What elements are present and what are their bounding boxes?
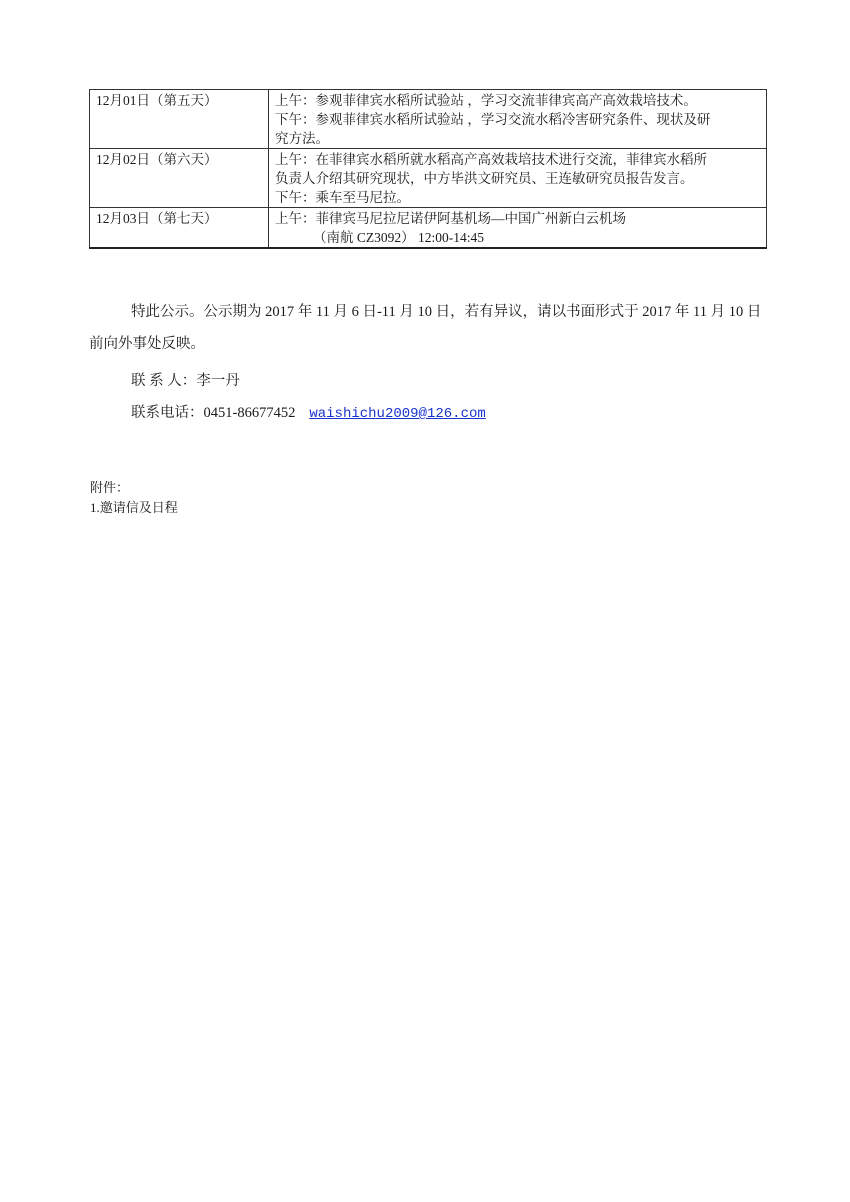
date-cell: 12月02日（第六天） (90, 149, 269, 208)
contact-phone: 0451-86677452 (204, 405, 296, 421)
schedule-table: 12月01日（第五天） 上午：参观菲律宾水稻所试验站 ，学习交流菲律宾高产高效栽… (89, 89, 767, 249)
attachment-item: 1.邀请信及日程 (90, 497, 178, 516)
table-row: 12月01日（第五天） 上午：参观菲律宾水稻所试验站 ，学习交流菲律宾高产高效栽… (90, 90, 767, 149)
activity-cell: 上午：菲律宾马尼拉尼诺伊阿基机场—中国广州新白云机场 （南航 CZ3092） 1… (269, 208, 767, 249)
date-cell: 12月03日（第七天） (90, 208, 269, 249)
activity-cell: 上午：参观菲律宾水稻所试验站 ，学习交流菲律宾高产高效栽培技术。 下午：参观菲律… (269, 90, 767, 149)
date-cell: 12月01日（第五天） (90, 90, 269, 149)
activity-line: 上午：在菲律宾水稻所就水稻高产高效栽培技术进行交流，菲律宾水稻所 (275, 150, 760, 169)
table-row: 12月02日（第六天） 上午：在菲律宾水稻所就水稻高产高效栽培技术进行交流，菲律… (90, 149, 767, 208)
notice-paragraph: 特此公示。公示期为 2017 年 11 月 6 日-11 月 10 日，若有异议… (89, 296, 769, 360)
contact-email-link[interactable]: waishichu2009@126.com (309, 406, 485, 422)
contact-phone-label: 联系电话： (131, 405, 204, 421)
contact-person-label: 联 系 人： (131, 373, 196, 389)
activity-cell: 上午：在菲律宾水稻所就水稻高产高效栽培技术进行交流，菲律宾水稻所 负责人介绍其研… (269, 149, 767, 208)
activity-line: 上午：菲律宾马尼拉尼诺伊阿基机场—中国广州新白云机场 (275, 209, 760, 228)
contact-person-name: 李一丹 (196, 373, 240, 389)
activity-line: 下午：乘车至马尼拉。 (275, 188, 760, 207)
activity-line: 上午：参观菲律宾水稻所试验站 ，学习交流菲律宾高产高效栽培技术。 (275, 91, 760, 110)
attachments-label: 附件： (90, 477, 129, 496)
activity-line: （南航 CZ3092） 12:00-14:45 (275, 228, 760, 247)
document-page: 12月01日（第五天） 上午：参观菲律宾水稻所试验站 ，学习交流菲律宾高产高效栽… (0, 0, 850, 1202)
activity-line: 下午：参观菲律宾水稻所试验站 ，学习交流水稻冷害研究条件、现状及研 (275, 110, 760, 129)
contact-person-line: 联 系 人：李一丹 (131, 369, 811, 390)
table-row: 12月03日（第七天） 上午：菲律宾马尼拉尼诺伊阿基机场—中国广州新白云机场 （… (90, 208, 767, 249)
contact-phone-line: 联系电话：0451-86677452waishichu2009@126.com (131, 401, 811, 422)
activity-line: 负责人介绍其研究现状，中方毕洪文研究员、王连敏研究员报告发言。 (275, 169, 760, 188)
activity-line: 究方法。 (275, 129, 760, 148)
